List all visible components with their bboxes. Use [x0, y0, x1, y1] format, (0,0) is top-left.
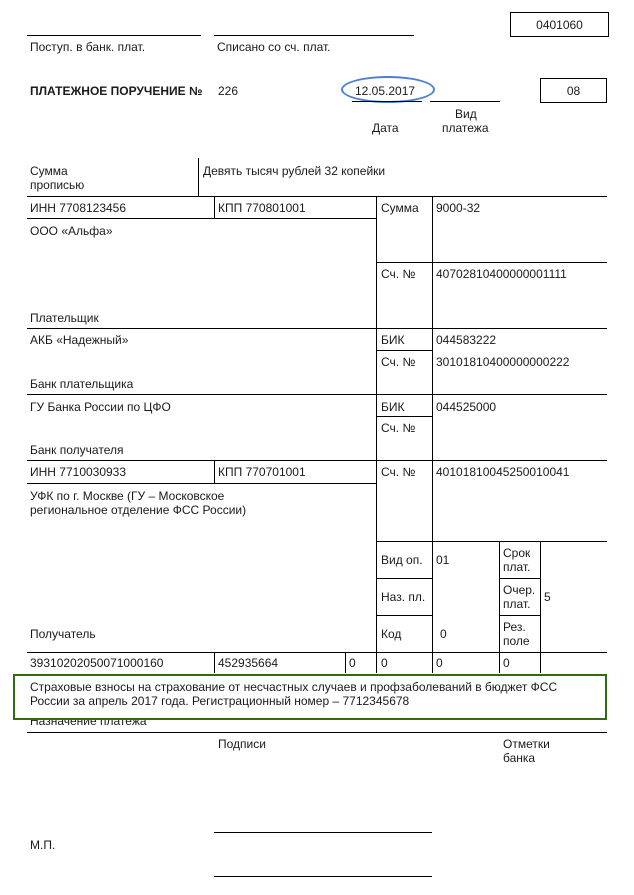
priority-value[interactable]: 5: [544, 590, 551, 604]
priority-label-1: Очер.: [503, 583, 535, 597]
grid-line: [376, 196, 377, 673]
amount-words-label-1: Сумма: [30, 164, 68, 178]
op-type[interactable]: 01: [436, 553, 449, 567]
payment-type-label-1: Вид: [455, 107, 477, 121]
signature-line-1[interactable]: [214, 832, 432, 833]
payee-bank-name[interactable]: ГУ Банка России по ЦФО: [30, 400, 171, 414]
grid-line: [27, 732, 607, 733]
payee-name-line-1[interactable]: УФК по г. Москве (ГУ – Московское: [30, 489, 224, 503]
payer-kpp[interactable]: КПП 770801001: [218, 201, 306, 215]
payee-bank-label: Банк получателя: [30, 443, 123, 457]
debited-label: Списано со сч. плат.: [217, 40, 331, 54]
payee-name-line-2[interactable]: региональное отделение ФСС России): [30, 503, 246, 517]
payee-kpp[interactable]: КПП 770701001: [218, 465, 306, 479]
kbk-value[interactable]: 39310202050071000160: [30, 656, 163, 670]
received-label: Поступ. в банк. плат.: [30, 40, 145, 54]
payer-name[interactable]: ООО «Альфа»: [30, 224, 113, 238]
payee-account-label: Сч. №: [381, 465, 415, 479]
stamp-label: М.П.: [30, 838, 55, 852]
op-type-label: Вид оп.: [381, 553, 423, 567]
tax-field-4[interactable]: 0: [503, 656, 510, 670]
payer-bank-bik[interactable]: 044583222: [436, 333, 496, 347]
grid-line: [499, 578, 540, 579]
amount-value[interactable]: 9000-32: [436, 201, 480, 215]
grid-line: [214, 460, 215, 483]
status-code-box[interactable]: 08: [540, 78, 607, 103]
tax-field-2[interactable]: 0: [381, 656, 388, 670]
date-line: [352, 101, 422, 102]
date-label: Дата: [372, 121, 399, 135]
grid-line: [376, 416, 432, 417]
term-label-1: Срок: [503, 546, 530, 560]
term-label-2: плат.: [503, 560, 530, 574]
tax-field-3[interactable]: 0: [436, 656, 443, 670]
payer-account[interactable]: 40702810400000001111: [436, 267, 567, 281]
purpose-line-1[interactable]: Страховые взносы на страхование от несча…: [30, 680, 557, 694]
code-label: Код: [381, 627, 401, 641]
status-code: 08: [567, 84, 580, 98]
payee-bank-bik-label: БИК: [381, 400, 405, 414]
code-value[interactable]: 0: [440, 627, 447, 641]
grid-line: [345, 652, 346, 673]
grid-line: [27, 394, 607, 395]
payee-label: Получатель: [30, 627, 96, 641]
debited-line: [214, 35, 414, 36]
amount-words-value[interactable]: Девять тысяч рублей 32 копейки: [203, 164, 385, 178]
signature-line-2[interactable]: [214, 876, 432, 877]
signatures-label: Подписи: [218, 737, 266, 751]
grid-line: [499, 541, 500, 673]
purpose-line-2[interactable]: России за апрель 2017 года. Регистрацион…: [30, 694, 409, 708]
grid-line: [376, 578, 432, 579]
document-number[interactable]: 226: [218, 84, 238, 98]
tax-field-1[interactable]: 0: [349, 656, 356, 670]
payer-label: Плательщик: [30, 311, 99, 325]
grid-line: [376, 350, 432, 351]
reserve-label-2: поле: [503, 634, 530, 648]
grid-line: [376, 262, 607, 263]
payer-bank-label: Банк плательщика: [30, 377, 133, 391]
grid-line: [376, 615, 432, 616]
purpose-code-label: Наз. пл.: [381, 590, 425, 604]
form-code-box: 0401060: [510, 12, 609, 37]
bank-marks-label-2: банка: [503, 751, 535, 765]
payee-bank-bik[interactable]: 044525000: [436, 400, 496, 414]
reserve-label-1: Рез.: [503, 620, 526, 634]
oktmo-value[interactable]: 452935664: [218, 656, 278, 670]
payer-bank-account[interactable]: 30101810400000000222: [436, 355, 569, 369]
grid-line: [376, 541, 607, 542]
grid-line: [499, 615, 540, 616]
payer-bank-account-label: Сч. №: [381, 355, 415, 369]
payer-bank-name[interactable]: АКБ «Надежный»: [30, 333, 128, 347]
grid-line: [214, 652, 215, 673]
date-highlight-ellipse: [341, 76, 435, 103]
payee-account[interactable]: 40101810045250010041: [436, 465, 569, 479]
form-code: 0401060: [536, 18, 583, 32]
amount-words-divider: [198, 158, 199, 196]
bank-marks-label-1: Отметки: [503, 737, 550, 751]
payee-inn[interactable]: ИНН 7710030933: [30, 465, 126, 479]
grid-line: [27, 196, 607, 197]
payer-inn[interactable]: ИНН 7708123456: [30, 201, 126, 215]
grid-line: [27, 460, 607, 461]
received-line: [27, 35, 201, 36]
payment-type-label-2: платежа: [442, 121, 489, 135]
payment-type-line: [430, 101, 500, 102]
grid-line: [27, 328, 607, 329]
payee-bank-account-label: Сч. №: [381, 421, 415, 435]
document-title: ПЛАТЕЖНОЕ ПОРУЧЕНИЕ №: [30, 84, 202, 98]
grid-line: [27, 652, 607, 653]
grid-line: [540, 541, 541, 673]
amount-words-label-2: прописью: [30, 178, 84, 192]
payer-bank-bik-label: БИК: [381, 333, 405, 347]
priority-label-2: плат.: [503, 597, 530, 611]
grid-line: [27, 218, 376, 219]
amount-label: Сумма: [381, 201, 419, 215]
payer-account-label: Сч. №: [381, 267, 415, 281]
grid-line: [27, 483, 376, 484]
grid-line: [432, 196, 433, 673]
grid-line: [214, 196, 215, 218]
